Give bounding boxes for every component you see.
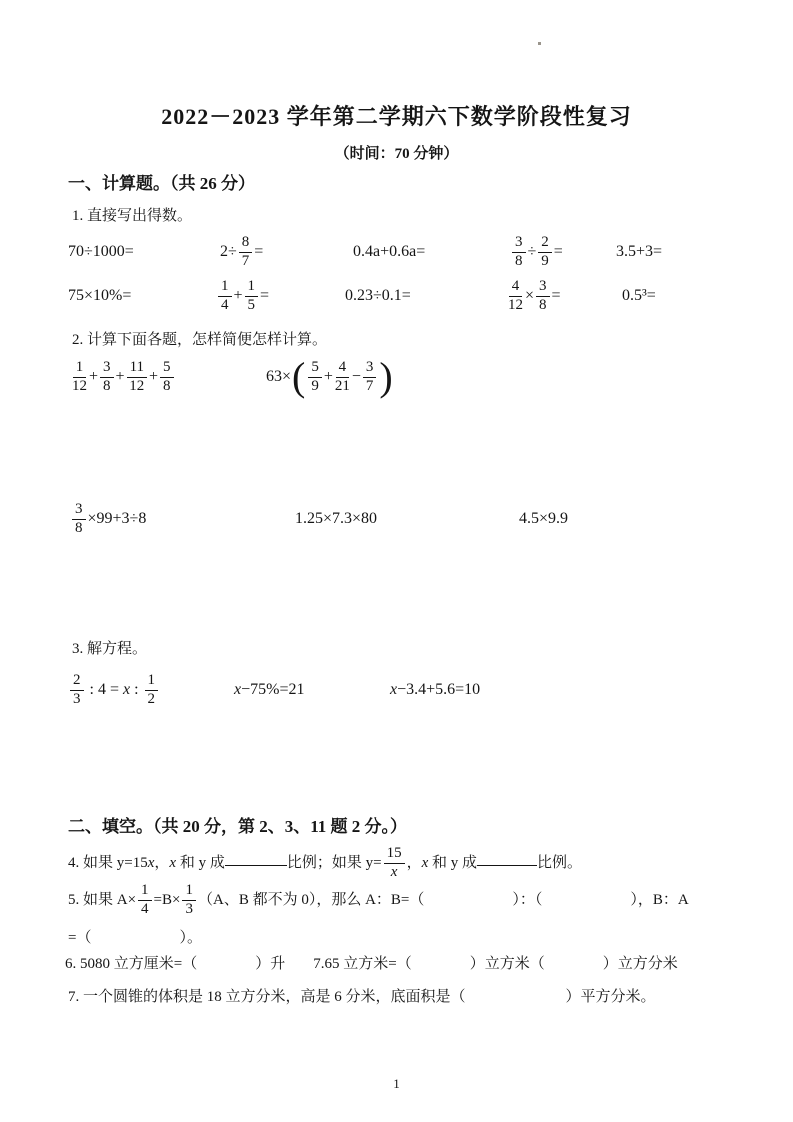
expression-q2-r2c3: 4.5×9.9 <box>519 495 568 543</box>
expression-q2-r2c1: 38×99+3÷8 <box>70 495 146 543</box>
equation-q3-3: x−3.4+5.6=10 <box>390 666 480 714</box>
exam-time-subtitle: （时间：70 分钟） <box>0 142 793 163</box>
expression-q1-r2c3: 0.23÷0.1= <box>345 272 411 320</box>
question-2-label: 2. 计算下面各题，怎样简便怎样计算。 <box>72 328 327 349</box>
page-title: 2022－2023 学年第二学期六下数学阶段性复习 <box>0 100 793 131</box>
expression-q1-r1c5: 3.5+3= <box>616 228 662 276</box>
expression-q2-r2c2: 1.25×7.3×80 <box>295 495 377 543</box>
question-1-label: 1. 直接写出得数。 <box>72 204 192 225</box>
question-5-text-line1: 5. 如果 A×14=B×13（A、B 都不为 0），那么 A：B=（）：（），… <box>68 877 689 923</box>
question-6-text: 6. 5080 立方厘米=（）升7.65 立方米=（）立方米（）立方分米 <box>65 953 678 975</box>
exam-page: 2022－2023 学年第二学期六下数学阶段性复习 （时间：70 分钟） 一、计… <box>0 0 793 1122</box>
question-5-text-line2: =（）。 <box>68 927 202 949</box>
expression-q1-r2c1: 75×10%= <box>68 272 131 320</box>
section-1-heading: 一、计算题。（共 26 分） <box>68 169 255 194</box>
stray-mark <box>538 42 541 45</box>
expression-q1-r2c2: 14+15= <box>216 272 269 320</box>
expression-q1-r1c4: 38÷29= <box>510 228 563 276</box>
question-7-text: 7. 一个圆锥的体积是 18 立方分米，高是 6 分米，底面积是（）平方分米。 <box>68 986 656 1008</box>
equation-q3-1: 23 : 4 = x : 12 <box>68 666 160 714</box>
page-number: 1 <box>0 1076 793 1092</box>
section-2-heading: 二、填空。（共 20 分，第 2、3、11 题 2 分。） <box>68 812 407 837</box>
question-3-label: 3. 解方程。 <box>72 637 147 658</box>
expression-q2-r1c1: 112+38+1112+58 <box>70 351 176 403</box>
expression-q1-r2c5: 0.5³= <box>622 272 656 320</box>
expression-q1-r1c1: 70÷1000= <box>68 228 134 276</box>
equation-q3-2: x−75%=21 <box>234 666 304 714</box>
expression-q1-r2c4: 412×38= <box>506 272 561 320</box>
expression-q1-r1c3: 0.4a+0.6a= <box>353 228 425 276</box>
expression-q1-r1c2: 2÷87= <box>220 228 263 276</box>
expression-q2-r1c2: 63×(59+421−37) <box>266 351 394 403</box>
